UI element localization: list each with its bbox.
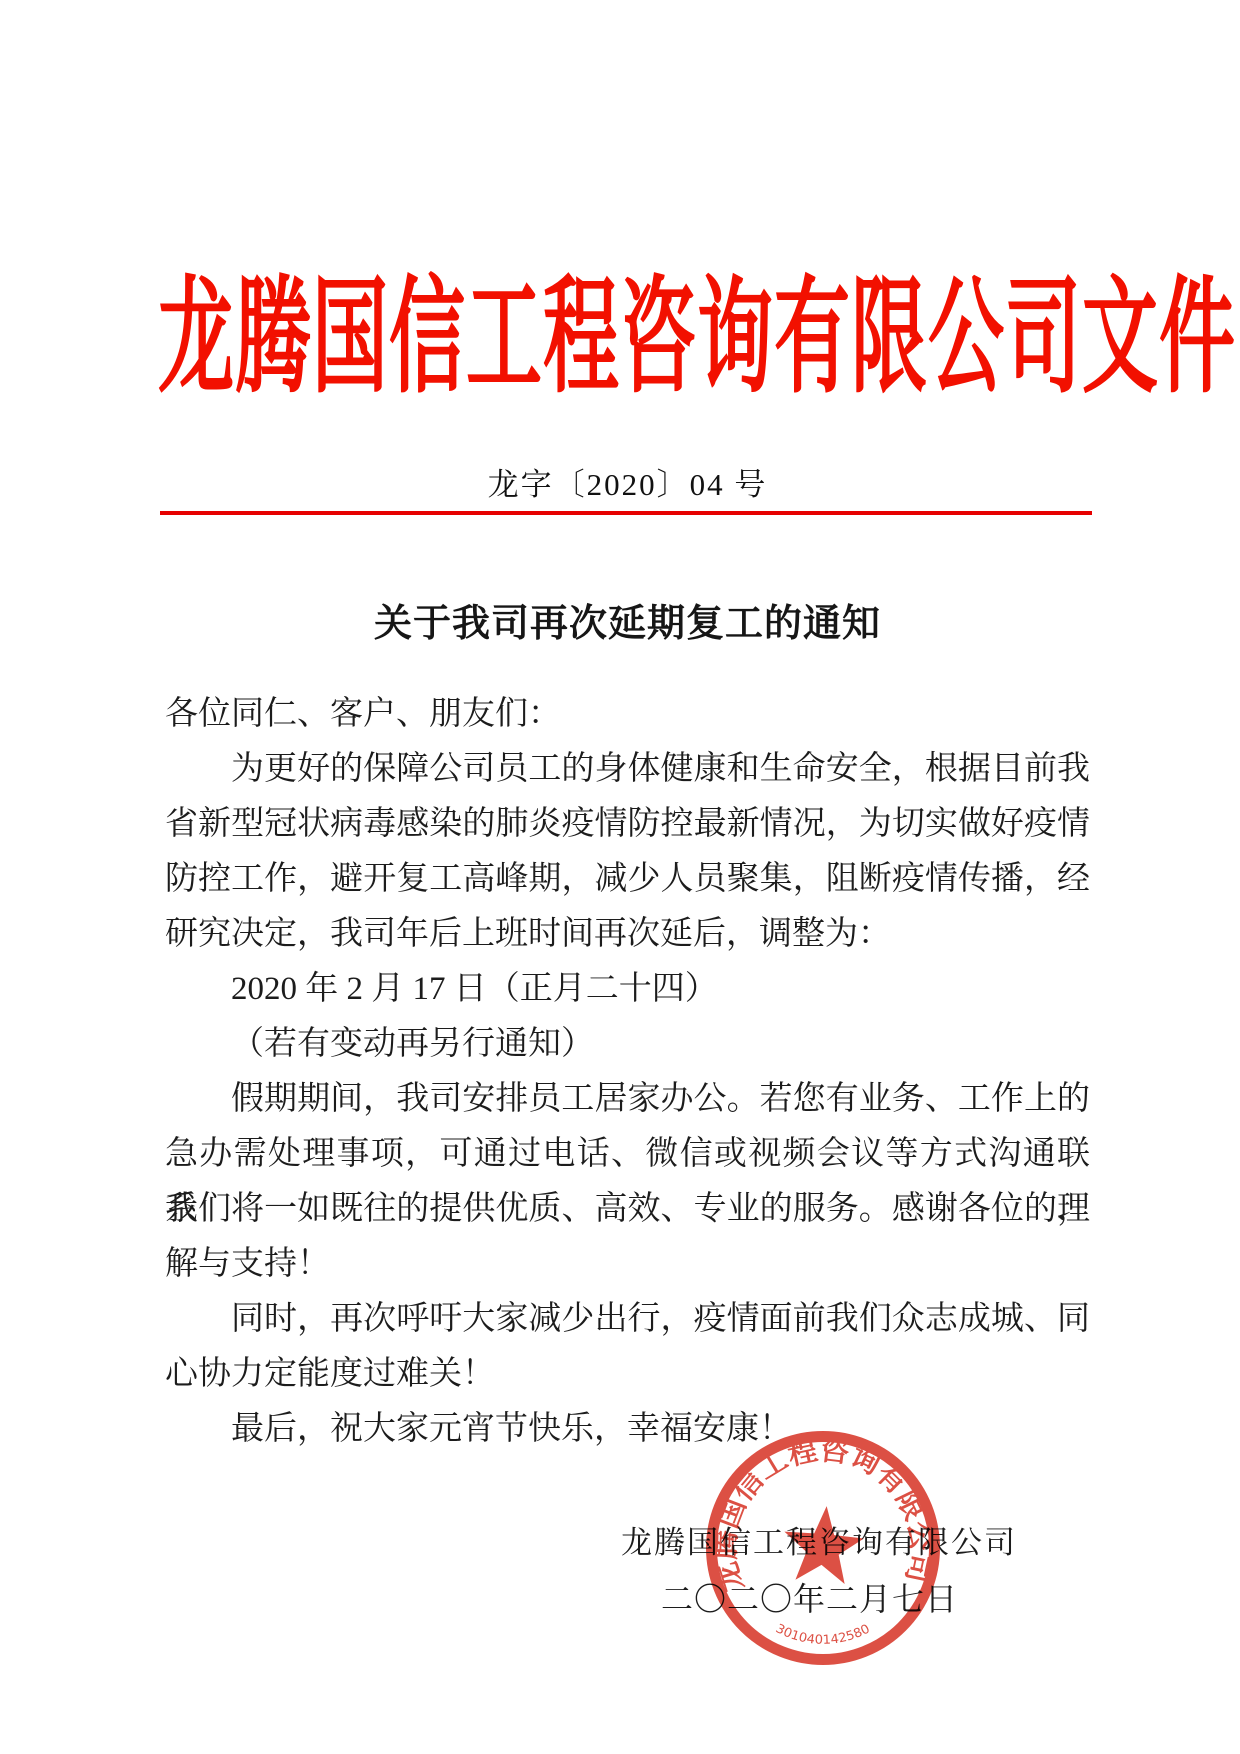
seal-star-icon bbox=[780, 1503, 866, 1586]
red-divider-rule bbox=[160, 511, 1092, 515]
body-line: 研究决定，我司年后上班时间再次延后，调整为： bbox=[165, 907, 1090, 962]
seal-serial-number: 301040142580 bbox=[774, 1620, 873, 1647]
body-line: 急办需处理事项，可通过电话、微信或视频会议等方式沟通联系， bbox=[165, 1127, 1090, 1182]
body-line: 假期期间，我司安排员工居家办公。若您有业务、工作上的 bbox=[165, 1072, 1090, 1127]
notice-body: 各位同仁、客户、朋友们： 为更好的保障公司员工的身体健康和生命安全，根据目前我 … bbox=[165, 687, 1090, 1457]
body-line: 心协力定能度过难关！ bbox=[165, 1347, 1090, 1402]
body-line: 同时，再次呼吁大家减少出行，疫情面前我们众志成城、同 bbox=[165, 1292, 1090, 1347]
body-line-new-date: 2020 年 2 月 17 日（正月二十四） bbox=[165, 962, 1090, 1017]
document-number: 龙字〔2020〕04 号 bbox=[165, 459, 1090, 504]
body-line: 我们将一如既往的提供优质、高效、专业的服务。感谢各位的理 bbox=[165, 1182, 1090, 1237]
body-line: 解与支持！ bbox=[165, 1237, 1090, 1292]
body-line: 省新型冠状病毒感染的肺炎疫情防控最新情况，为切实做好疫情 bbox=[165, 797, 1090, 852]
company-seal-graphic: 龙腾国信工程咨询有限公司 301040142580 bbox=[673, 1398, 973, 1698]
letterhead-title: 龙腾国信工程咨询有限公司文件 bbox=[158, 236, 1090, 417]
official-document-page: 龙腾国信工程咨询有限公司文件 龙字〔2020〕04 号 关于我司再次延期复工的通… bbox=[0, 0, 1240, 1754]
notice-title: 关于我司再次延期复工的通知 bbox=[165, 592, 1090, 647]
company-seal: 龙腾国信工程咨询有限公司 301040142580 bbox=[673, 1398, 973, 1698]
body-line: 为更好的保障公司员工的身体健康和生命安全，根据目前我 bbox=[165, 742, 1090, 797]
body-line: 防控工作，避开复工高峰期，减少人员聚集，阻断疫情传播，经 bbox=[165, 852, 1090, 907]
body-line-note: （若有变动再另行通知） bbox=[165, 1017, 1090, 1072]
body-line-salutation: 各位同仁、客户、朋友们： bbox=[165, 687, 1090, 742]
